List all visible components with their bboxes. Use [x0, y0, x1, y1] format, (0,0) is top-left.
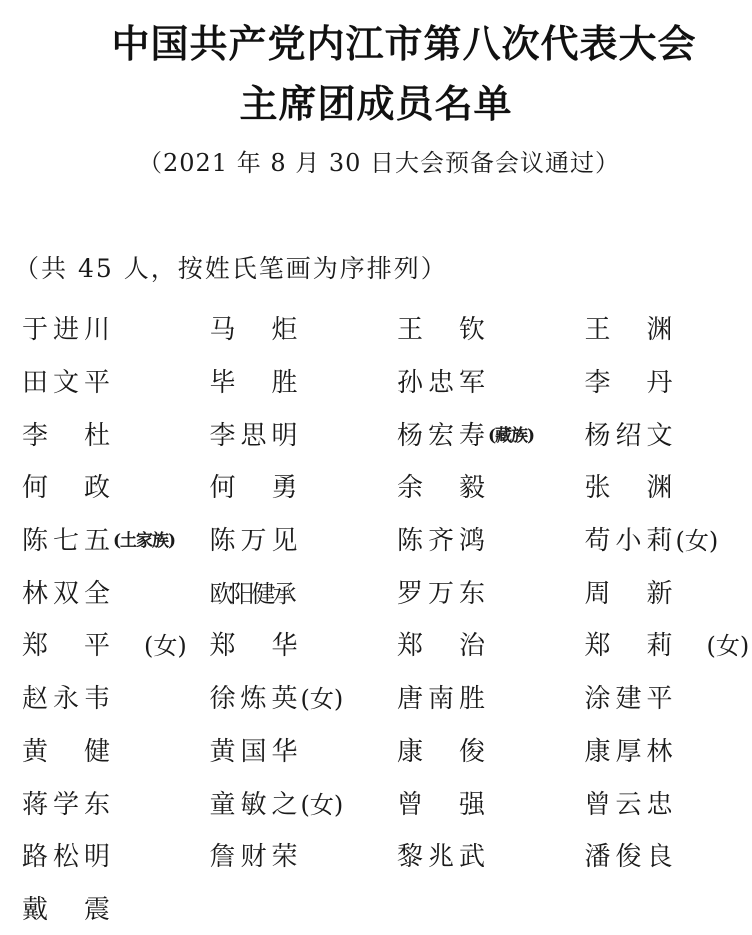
member-name: 曾强	[397, 788, 521, 822]
member-entry: 杨宏寿(藏族)	[397, 419, 585, 453]
member-entry: 杨绍文	[585, 419, 752, 453]
member-name: 杨绍文	[585, 419, 678, 453]
member-name: 陈齐鸿	[397, 524, 490, 558]
member-entry: 陈万见	[210, 524, 398, 558]
member-entry: 王渊	[585, 313, 752, 347]
roster-row: 黄健黄国华康俊康厚林	[22, 726, 752, 779]
member-entry: 于进川	[22, 313, 210, 347]
member-name: 王渊	[585, 313, 709, 347]
member-entry: 王钦	[397, 313, 585, 347]
member-name: 田文平	[22, 366, 115, 400]
member-name: 蒋学东	[22, 788, 115, 822]
member-name: 孙忠军	[397, 366, 490, 400]
member-entry: 李丹	[585, 366, 752, 400]
roster-row: 赵永韦徐炼英(女)唐南胜涂建平	[22, 673, 752, 726]
member-entry: 詹财荣	[210, 840, 398, 874]
member-entry: 余毅	[397, 471, 585, 505]
member-name: 赵永韦	[22, 682, 115, 716]
member-name: 周新	[585, 577, 709, 611]
member-entry: 涂建平	[585, 682, 752, 716]
member-entry: 李杜	[22, 419, 210, 453]
roster-row: 林双全欧阳健承罗万东周新	[22, 567, 752, 620]
member-entry: 欧阳健承	[210, 577, 398, 611]
member-name: 马炬	[210, 313, 334, 347]
roster-note: （共 45 人，按姓氏笔画为序排列）	[14, 252, 448, 286]
member-entry: 田文平	[22, 366, 210, 400]
document-title: 中国共产党内江市第八次代表大会	[28, 22, 752, 66]
member-name: 郑华	[210, 629, 334, 663]
member-name: 余毅	[397, 471, 521, 505]
member-name: 潘俊良	[585, 840, 678, 874]
member-name: 郑平	[22, 629, 146, 663]
member-entry: 郑莉(女)	[585, 629, 752, 663]
ethnicity-tag: (土家族)	[113, 524, 175, 558]
member-entry: 郑华	[210, 629, 398, 663]
member-name: 涂建平	[585, 682, 678, 716]
member-entry: 曾强	[397, 788, 585, 822]
roster-row: 陈七五(土家族)陈万见陈齐鸿苟小莉(女)	[22, 515, 752, 568]
member-entry: 赵永韦	[22, 682, 210, 716]
member-entry: 徐炼英(女)	[210, 682, 398, 716]
member-entry: 黄国华	[210, 735, 398, 769]
member-name: 于进川	[22, 313, 115, 347]
member-entry: 毕胜	[210, 366, 398, 400]
member-name: 何政	[22, 471, 146, 505]
member-entry: 何政	[22, 471, 210, 505]
member-name: 黎兆武	[397, 840, 490, 874]
gender-tag: (女)	[301, 788, 344, 822]
ethnicity-tag: (藏族)	[488, 419, 534, 453]
member-name: 童敏之	[210, 788, 303, 822]
document-title-line2: 主席团成员名单	[0, 82, 752, 126]
member-name: 陈万见	[210, 524, 303, 558]
member-entry: 黎兆武	[397, 840, 585, 874]
gender-tag: (女)	[144, 629, 187, 663]
member-name: 詹财荣	[210, 840, 303, 874]
member-name: 康厚林	[585, 735, 678, 769]
member-entry: 路松明	[22, 840, 210, 874]
member-name: 李杜	[22, 419, 146, 453]
member-entry: 童敏之(女)	[210, 788, 398, 822]
member-entry: 蒋学东	[22, 788, 210, 822]
member-entry: 潘俊良	[585, 840, 752, 874]
member-name: 唐南胜	[397, 682, 490, 716]
member-entry: 康厚林	[585, 735, 752, 769]
member-name: 王钦	[397, 313, 521, 347]
member-name: 黄国华	[210, 735, 303, 769]
member-entry: 罗万东	[397, 577, 585, 611]
roster-row: 何政何勇余毅张渊	[22, 462, 752, 515]
member-entry: 何勇	[210, 471, 398, 505]
member-name: 欧阳健承	[210, 577, 294, 611]
member-name: 李思明	[210, 419, 303, 453]
member-name: 苟小莉	[585, 524, 678, 558]
member-entry: 曾云忠	[585, 788, 752, 822]
member-name: 徐炼英	[210, 682, 303, 716]
roster-row: 田文平毕胜孙忠军李丹	[22, 357, 752, 410]
member-roster: 于进川马炬王钦王渊田文平毕胜孙忠军李丹李杜李思明杨宏寿(藏族)杨绍文何政何勇余毅…	[22, 304, 752, 935]
gender-tag: (女)	[707, 629, 750, 663]
member-entry: 苟小莉(女)	[585, 524, 752, 558]
member-name: 康俊	[397, 735, 521, 769]
member-name: 路松明	[22, 840, 115, 874]
member-entry: 马炬	[210, 313, 398, 347]
member-name: 戴震	[22, 893, 146, 927]
member-name: 林双全	[22, 577, 115, 611]
gender-tag: (女)	[301, 682, 344, 716]
member-name: 何勇	[210, 471, 334, 505]
member-entry: 张渊	[585, 471, 752, 505]
member-name: 郑莉	[585, 629, 709, 663]
member-name: 黄健	[22, 735, 146, 769]
member-name: 曾云忠	[585, 788, 678, 822]
member-name: 陈七五	[22, 524, 115, 558]
member-entry: 黄健	[22, 735, 210, 769]
member-entry: 郑治	[397, 629, 585, 663]
member-entry: 唐南胜	[397, 682, 585, 716]
member-entry: 康俊	[397, 735, 585, 769]
roster-row: 于进川马炬王钦王渊	[22, 304, 752, 357]
roster-row: 李杜李思明杨宏寿(藏族)杨绍文	[22, 409, 752, 462]
member-entry: 郑平(女)	[22, 629, 210, 663]
document-subtitle: （2021 年 8 月 30 日大会预备会议通过）	[0, 146, 752, 180]
member-entry: 戴震	[22, 893, 210, 927]
member-entry: 孙忠军	[397, 366, 585, 400]
gender-tag: (女)	[676, 524, 719, 558]
member-name: 张渊	[585, 471, 709, 505]
member-name: 杨宏寿	[397, 419, 490, 453]
member-entry: 陈七五(土家族)	[22, 524, 210, 558]
member-name: 李丹	[585, 366, 709, 400]
roster-row: 郑平(女)郑华郑治郑莉(女)	[22, 620, 752, 673]
member-entry: 李思明	[210, 419, 398, 453]
member-name: 罗万东	[397, 577, 490, 611]
roster-row: 戴震	[22, 884, 752, 935]
member-name: 毕胜	[210, 366, 334, 400]
member-entry: 林双全	[22, 577, 210, 611]
member-entry: 陈齐鸿	[397, 524, 585, 558]
member-entry: 周新	[585, 577, 752, 611]
roster-row: 路松明詹财荣黎兆武潘俊良	[22, 831, 752, 884]
member-name: 郑治	[397, 629, 521, 663]
roster-row: 蒋学东童敏之(女)曾强曾云忠	[22, 778, 752, 831]
